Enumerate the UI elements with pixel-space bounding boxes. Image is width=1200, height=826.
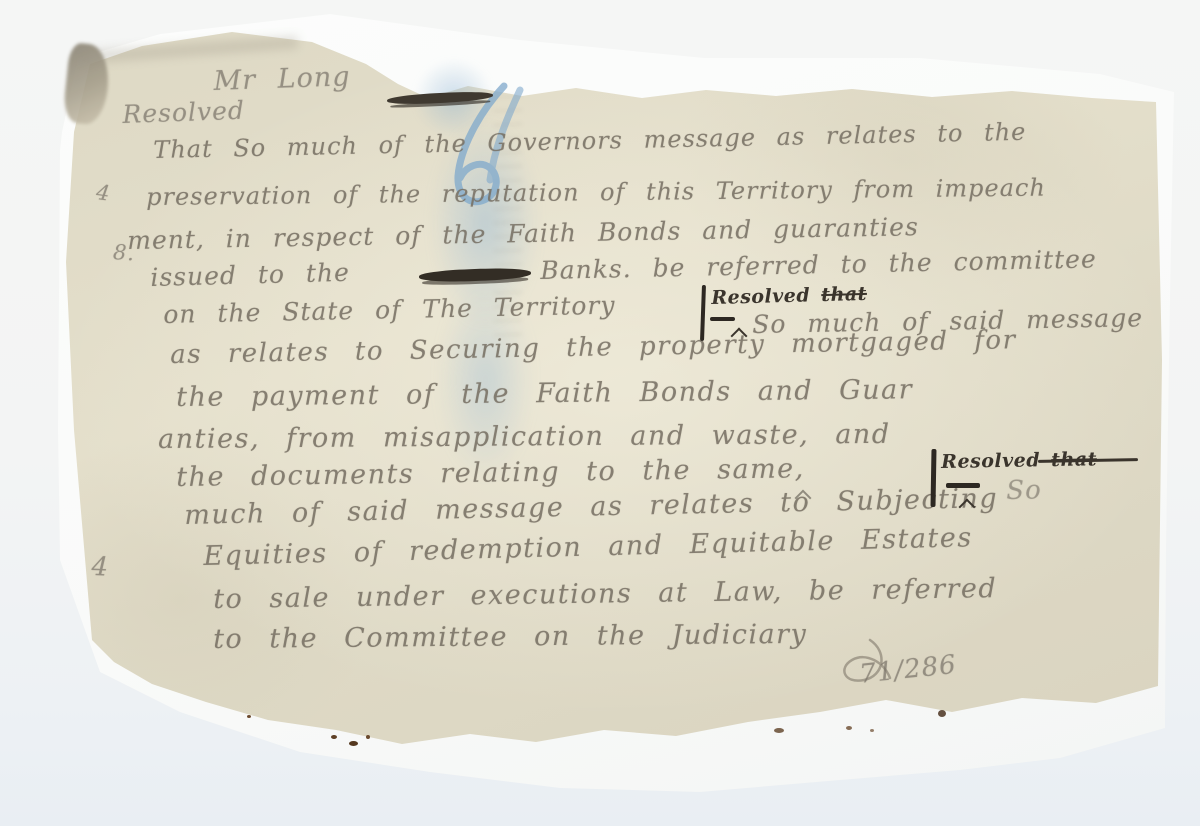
paper-speck xyxy=(774,728,784,733)
insertion-word: Resolved xyxy=(941,449,1040,473)
manuscript-line: anties, from misapplication and waste, a… xyxy=(158,419,891,455)
resolved-that-insertion: Resolved that xyxy=(711,283,867,309)
insertion-word: Resolved xyxy=(711,284,810,309)
manuscript-line: So xyxy=(1006,475,1042,506)
paper-speck xyxy=(366,735,370,739)
margin-mark: 8. xyxy=(112,240,136,265)
insertion-word-struck: that xyxy=(821,283,867,306)
scanned-manuscript: Mr Long Resolved That So much of the Gov… xyxy=(0,0,1200,826)
paper-speck xyxy=(938,710,946,717)
author-annotation: Mr Long xyxy=(213,61,351,97)
insertion-dash xyxy=(946,483,980,488)
paper-speck xyxy=(247,715,251,718)
insertion-bar xyxy=(930,449,936,507)
manuscript-line: issued to the xyxy=(150,258,350,292)
paper-speck xyxy=(870,729,874,732)
insertion-dash xyxy=(710,317,735,321)
margin-mark: 4 xyxy=(91,552,110,583)
paper-speck xyxy=(331,735,337,739)
paper-speck xyxy=(846,726,852,730)
manuscript-line: to the Committee on the Judiciary xyxy=(213,619,807,655)
paper-speck xyxy=(349,741,358,746)
resolved-heading: Resolved xyxy=(122,96,245,129)
